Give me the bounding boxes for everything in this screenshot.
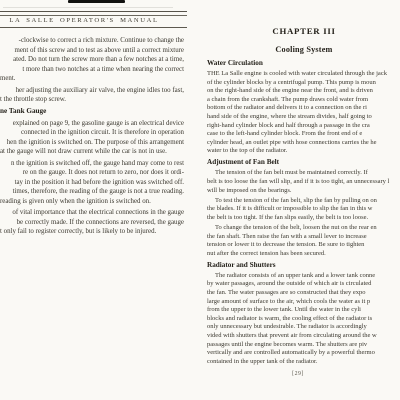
- section-heading: ne Tank Gauge: [0, 107, 186, 117]
- text-line: right-hand cylinder block and half throu…: [207, 122, 400, 131]
- chapter-title: CHAPTER III: [200, 26, 400, 36]
- text-line: blocks and radiator is warm, the cooling…: [207, 315, 400, 324]
- text-line: only unnecessary but undesirable. The ra…: [207, 323, 400, 332]
- text-line: cylinder head, an outlet pipe with hose …: [207, 139, 400, 148]
- text-line: the belt is too tight. If the fan slips …: [207, 214, 400, 223]
- paragraph: The radiator consists of an upper tank a…: [207, 272, 400, 367]
- paragraph: her adjusting the auxiliary air valve, t…: [0, 86, 186, 105]
- text-line: of the cylinder blocks by a centrifugal …: [207, 79, 400, 88]
- book-scan: LA SALLE OPERATOR'S MANUAL -clockwise to…: [0, 0, 400, 400]
- paragraph: n the ignition is switched off, the gaug…: [0, 159, 186, 207]
- chapter-subtitle: Cooling System: [200, 45, 400, 54]
- text-line: The tension of the fan belt must be main…: [207, 169, 400, 178]
- text-line: t the throttle stop screw.: [0, 95, 186, 105]
- text-line: times, therefore, the reading of the gau…: [0, 187, 186, 197]
- paragraph: -clockwise to correct a rich mixture. Co…: [0, 36, 186, 84]
- text-line: t only fail to register correctly, but i…: [0, 227, 186, 237]
- text-line: by water passages, around the outside of…: [207, 280, 400, 289]
- right-page-body: Water CirculationTHE La Salle engine is …: [200, 59, 400, 366]
- text-line: case to the left-hand cylinder block. Fr…: [207, 130, 400, 139]
- text-line: the fan. The water passages are so const…: [207, 289, 400, 298]
- text-line: large amount of surface to the air, whic…: [207, 298, 400, 307]
- text-line: hen the ignition is switched on. The pur…: [0, 138, 186, 148]
- text-line: nut after the correct tension has been s…: [207, 250, 400, 259]
- page-number: [29]: [200, 371, 396, 377]
- text-line: t more than two notches at a time when n…: [0, 65, 186, 75]
- text-line: belt is too loose the fan will slip, and…: [207, 178, 400, 187]
- left-page: LA SALLE OPERATOR'S MANUAL -clockwise to…: [0, 0, 196, 400]
- section-heading: Adjustment of Fan Belt: [207, 158, 400, 168]
- section-heading: Radiator and Shutters: [207, 261, 400, 271]
- text-line: tension or lower it to decrease the tens…: [207, 241, 400, 250]
- text-line: at the gauge will not draw current while…: [0, 147, 186, 157]
- text-line: will be imposed on the bearings.: [207, 187, 400, 196]
- text-line: vertically and are controlled automatica…: [207, 349, 400, 358]
- text-line: explained on page 9, the gasoline gauge …: [0, 119, 186, 129]
- text-line: ment.: [0, 74, 186, 84]
- text-line: -clockwise to correct a rich mixture. Co…: [0, 36, 186, 46]
- header-rule-top: [0, 11, 187, 16]
- text-line: To test the tension of the fan belt, sli…: [207, 197, 400, 206]
- text-line: the fan shaft. Then raise the fan with a…: [207, 233, 400, 242]
- text-line: be correctly made. If the connections ar…: [0, 218, 186, 228]
- section-heading: Water Circulation: [207, 59, 400, 69]
- text-line: the blades. If it is difficult or imposs…: [207, 205, 400, 214]
- text-line: from the upper to the lower tank. Until …: [207, 306, 400, 315]
- paragraph: THE La Salle engine is cooled with water…: [207, 70, 400, 156]
- text-line: vided with shutters that prevent air fro…: [207, 332, 400, 341]
- text-line: ment of this screw and to test as above …: [0, 46, 186, 56]
- paragraph: explained on page 9, the gasoline gauge …: [0, 119, 186, 157]
- text-line: contained in the upper tank of the radia…: [207, 358, 400, 367]
- text-line: connected in the ignition circuit. It is…: [0, 128, 186, 138]
- text-line: ated. Do not turn the screw more than a …: [0, 55, 186, 65]
- text-line: re on the gauge. It does not return to z…: [0, 168, 186, 178]
- text-line: a chain from the crankshaft. The pump dr…: [207, 96, 400, 105]
- running-header: LA SALLE OPERATOR'S MANUAL: [0, 17, 168, 24]
- text-line: n the ignition is switched off, the gaug…: [0, 159, 186, 169]
- paragraph: The tension of the fan belt must be main…: [207, 169, 400, 195]
- text-line: bottom of the radiator and delivers it t…: [207, 104, 400, 113]
- left-page-body: -clockwise to correct a rich mixture. Co…: [0, 36, 186, 239]
- paragraph: To test the tension of the fan belt, sli…: [207, 197, 400, 223]
- text-line: To change the tension of the belt, loose…: [207, 224, 400, 233]
- text-line: hand side of the engine, where the strea…: [207, 113, 400, 122]
- header-rule-bottom: [0, 27, 187, 28]
- right-page: CHAPTER III Cooling System Water Circula…: [200, 0, 400, 400]
- text-line: of vital importance that the electrical …: [0, 208, 186, 218]
- paragraph: To change the tension of the belt, loose…: [207, 224, 400, 258]
- text-line: The radiator consists of an upper tank a…: [207, 272, 400, 281]
- text-line: reading is given only when the ignition …: [0, 197, 186, 207]
- text-line: passages until the engine becomes warm. …: [207, 341, 400, 350]
- text-line: tay in the position it had before the ig…: [0, 178, 186, 188]
- text-line: THE La Salle engine is cooled with water…: [207, 70, 400, 79]
- text-line: her adjusting the auxiliary air valve, t…: [0, 86, 186, 96]
- paragraph: of vital importance that the electrical …: [0, 208, 186, 237]
- text-line: water to the top of the radiator.: [207, 147, 400, 156]
- text-line: on the right-hand side of the engine nea…: [207, 87, 400, 96]
